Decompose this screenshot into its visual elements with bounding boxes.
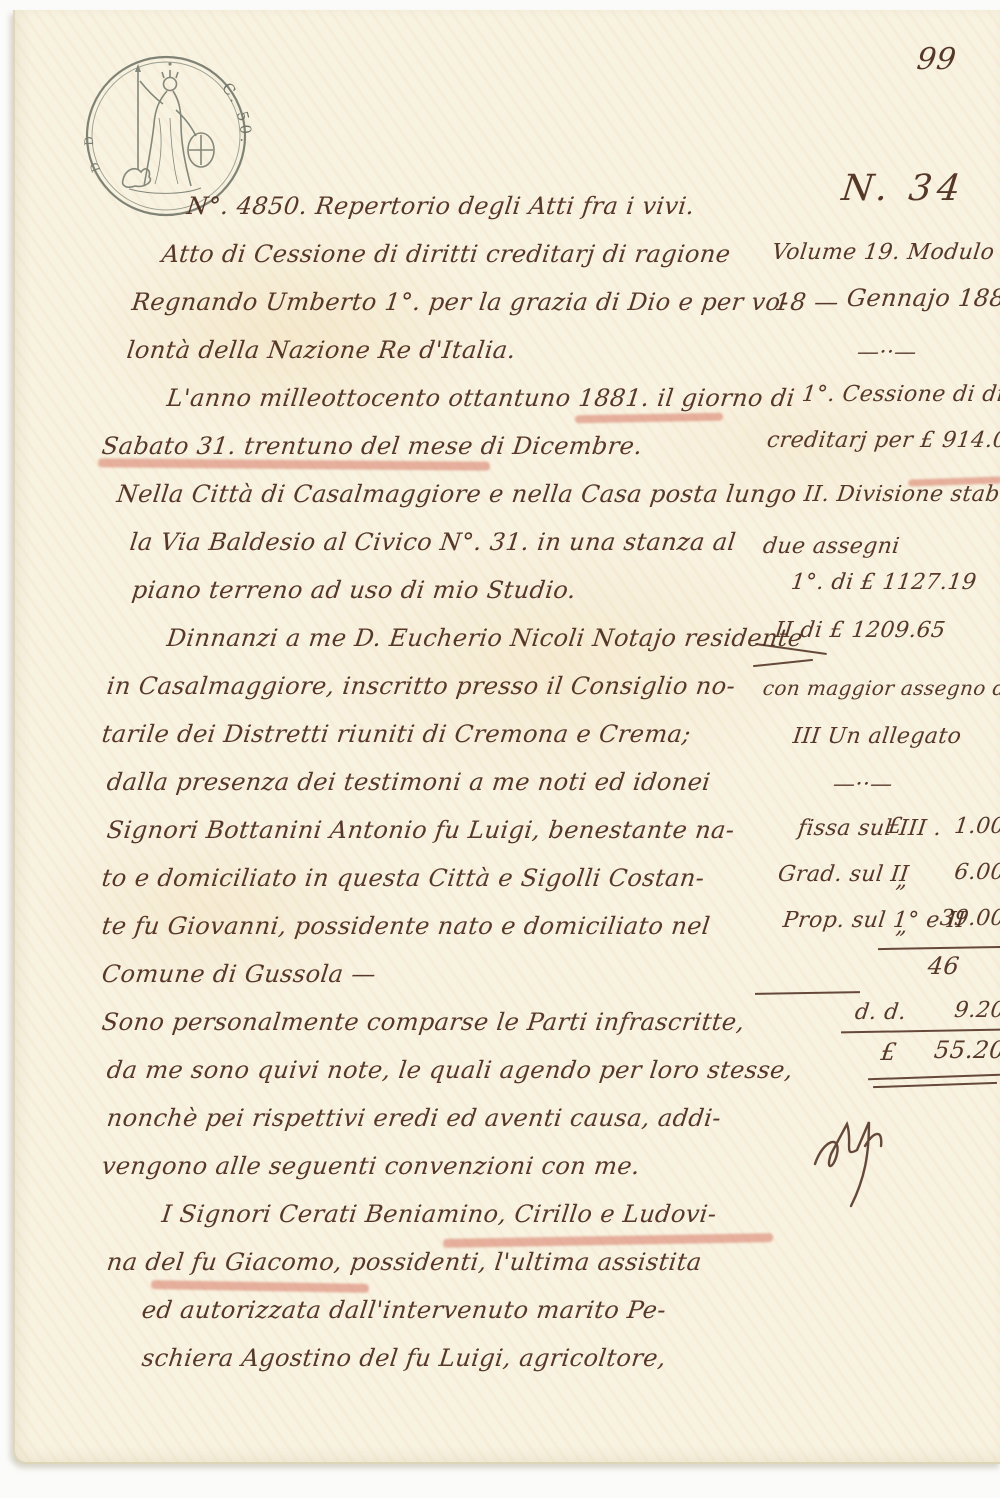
- body-line: lontà della Nazione Re d'Italia.: [125, 336, 517, 364]
- scanned-notarial-document: C. 50. D D 99 N. 34 N°. 4850. Repertorio…: [0, 0, 1000, 1498]
- margin-divider: —··—: [855, 340, 918, 365]
- red-pencil-mark: [151, 1280, 369, 1293]
- red-pencil-mark: [98, 458, 490, 470]
- red-pencil-mark: [575, 413, 723, 424]
- act-number: N. 34: [839, 168, 967, 209]
- body-line: I Signori Cerati Beniamino, Cirillo e Lu…: [160, 1200, 718, 1228]
- body-line: tarile dei Distretti riuniti di Cremona …: [100, 720, 692, 748]
- body-line: to e domiciliato in questa Città e Sigol…: [100, 864, 706, 892]
- margin-flourish-line: [755, 991, 860, 995]
- body-line: L'anno milleottocento ottantuno 1881. il…: [165, 384, 796, 412]
- fee-extra-amount: 9.20: [871, 998, 1000, 1023]
- margin-volume-line: Volume 19. Modulo 1: [770, 240, 1000, 265]
- margin-note: 1°. di £ 1127.19: [789, 570, 978, 595]
- body-line: ed autorizzata dall'intervenuto marito P…: [140, 1296, 667, 1324]
- total-rule: [868, 1074, 1000, 1081]
- body-line: piano terreno ad uso di mio Studio.: [130, 576, 577, 604]
- extra-rule: [841, 1029, 1000, 1034]
- body-line: Comune di Gussola —: [100, 960, 377, 988]
- body-line: nonchè pei rispettivi eredi ed aventi ca…: [105, 1104, 722, 1132]
- fees-subtotal: 46: [926, 952, 961, 980]
- seal-inner-ring: [92, 62, 240, 210]
- total-rule: [873, 1082, 997, 1088]
- seal-denomination-text: C. 50.: [218, 79, 255, 146]
- margin-date-day: 18 —: [773, 288, 840, 316]
- red-pencil-mark: [443, 1233, 773, 1248]
- body-line: schiera Agostino del fu Luigi, agricolto…: [140, 1344, 667, 1372]
- margin-note: III Un allegato: [791, 724, 962, 749]
- margin-divider: —··—: [831, 772, 894, 797]
- body-line: te fu Giovanni, possidente nato e domici…: [100, 912, 712, 940]
- body-line: Regnando Umberto 1°. per la grazia di Di…: [130, 288, 790, 316]
- body-line: da me sono quivi note, le quali agendo p…: [105, 1056, 794, 1084]
- body-line: la Via Baldesio al Civico N°. 31. in una…: [128, 528, 737, 556]
- margin-note: con maggior assegno di £ 43.2: [762, 676, 1000, 700]
- fee-row-amount: 1.00: [871, 814, 1000, 839]
- notary-paraph: [807, 1102, 917, 1212]
- body-line: Atto di Cessione di diritti creditarj di…: [160, 240, 732, 268]
- body-line: vengono alle seguenti convenzioni con me…: [100, 1152, 642, 1180]
- body-line: Nella Città di Casalmaggiore e nella Cas…: [115, 480, 798, 508]
- subtotal-rule: [878, 946, 1000, 950]
- margin-note: 1°. Cessione di diritti: [800, 382, 1000, 407]
- margin-flourish-line: [753, 659, 813, 667]
- margin-note: creditarj per £ 914.06.: [765, 428, 1000, 453]
- italia-figure: [123, 62, 214, 193]
- body-line: dalla presenza dei testimoni a me noti e…: [105, 768, 712, 796]
- fee-row-amount: 39.00: [871, 906, 1000, 931]
- folio-number: 99: [915, 42, 958, 77]
- body-line: Sono personalmente comparse le Parti inf…: [100, 1008, 746, 1036]
- body-line: na del fu Giacomo, possidenti, l'ultima …: [105, 1248, 703, 1276]
- margin-note: II di £ 1209.65: [773, 618, 947, 643]
- body-line: Sabato 31. trentuno del mese di Dicembre…: [100, 432, 644, 460]
- paper-sheet: C. 50. D D 99 N. 34 N°. 4850. Repertorio…: [13, 10, 1000, 1464]
- margin-date-month-year: Gennajo 1882: [845, 284, 1000, 312]
- seal-left-arc-text: D D: [82, 130, 103, 174]
- body-line: in Casalmaggiore, inscritto presso il Co…: [105, 672, 737, 700]
- body-line: Signori Bottanini Antonio fu Luigi, bene…: [105, 816, 736, 844]
- body-line: N°. 4850. Repertorio degli Atti fra i vi…: [185, 192, 696, 220]
- total-amount: 55.20: [871, 1036, 1000, 1064]
- margin-note: due assegni: [761, 534, 901, 559]
- fee-row-amount: 6.00: [871, 860, 1000, 885]
- margin-note: II. Divisione stabili in: [802, 482, 1000, 507]
- body-line: Dinnanzi a me D. Eucherio Nicoli Notajo …: [165, 624, 804, 652]
